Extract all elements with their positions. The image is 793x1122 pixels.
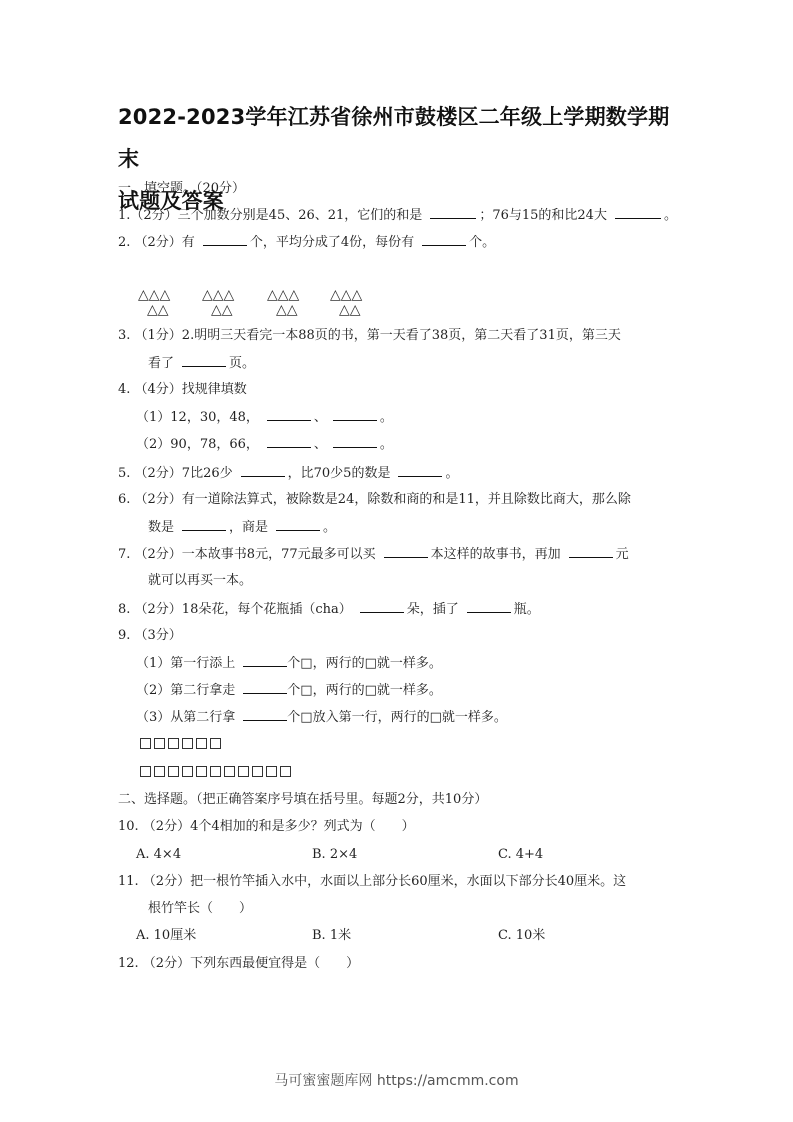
triangle-group: △△△ △△ [202, 288, 252, 320]
square-row-2 [140, 766, 293, 777]
question-6: 6. （2分）有一道除法算式，被除数是24，除数和商的和是11，并且除数比商大，… [118, 491, 631, 509]
triangle-icon-row: △△△ [202, 288, 234, 302]
question-9: 9. （3分） [118, 627, 182, 645]
square-icon [280, 766, 291, 777]
question-10-choices: A. 4×4 B. 2×4 C. 4+4 [136, 846, 676, 864]
question-11-cont: 根竹竿长（ ） [148, 900, 252, 918]
answer-blank[interactable] [243, 654, 287, 667]
question-11: 11. （2分）把一根竹竿插入水中，水面以上部分长60厘米，水面以下部分长40厘… [118, 873, 626, 891]
answer-blank[interactable] [267, 435, 311, 448]
document-title: 2022-2023学年江苏省徐州市鼓楼区二年级上学期数学期末 试题及答案 [118, 96, 688, 222]
question-7: 7. （2分）一本故事书8元，77元最多可以买本这样的故事书，再加元 [118, 545, 629, 564]
q6-text-b: 数是 [148, 520, 174, 535]
square-icon [182, 738, 193, 749]
answer-blank[interactable] [243, 708, 287, 721]
q1-text-b: ；76与15的和比24大 [479, 208, 607, 223]
q7-text-b: 本这样的故事书，再加 [431, 547, 561, 562]
answer-blank[interactable] [384, 545, 428, 558]
separator: 、 [314, 437, 327, 452]
q5-text-a: 5. （2分）7比26少 [118, 466, 233, 481]
question-3-cont: 看了页。 [148, 354, 255, 373]
period: 。 [380, 410, 393, 425]
q2-text-a: 2. （2分）有 [118, 235, 195, 250]
square-icon [168, 766, 179, 777]
question-5: 5. （2分）7比26少，比70少5的数是。 [118, 464, 458, 483]
question-3: 3. （1分）2.明明三天看完一本88页的书，第一天看了38页，第二天看了31页… [118, 327, 621, 345]
answer-blank[interactable] [360, 600, 404, 613]
answer-blank[interactable] [569, 545, 613, 558]
square-icon [182, 766, 193, 777]
choice-a[interactable]: A. 10厘米 [136, 927, 196, 945]
answer-blank[interactable] [243, 681, 287, 694]
q3-text-b: 看了 [148, 356, 174, 371]
answer-blank[interactable] [182, 354, 226, 367]
triangle-icon-row: △△ [276, 303, 298, 317]
triangle-group: △△△ △△ [330, 288, 380, 320]
question-9-sub-3: （3）从第二行拿个□放入第一行，两行的□就一样多。 [136, 708, 507, 727]
square-icon [252, 766, 263, 777]
question-4: 4. （4分）找规律填数 [118, 381, 247, 399]
square-icon [196, 766, 207, 777]
q9-sub3-text-a: （3）从第二行拿 [136, 710, 235, 725]
answer-blank[interactable] [398, 464, 442, 477]
answer-blank[interactable] [241, 464, 285, 477]
answer-blank[interactable] [430, 206, 476, 219]
choice-a[interactable]: A. 4×4 [136, 846, 181, 864]
question-4-sub-2: （2）90，78，66，、。 [136, 435, 393, 454]
square-icon [210, 738, 221, 749]
triangle-icon-row: △△ [211, 303, 233, 317]
triangle-group: △△△ △△ [267, 288, 317, 320]
question-9-sub-2: （2）第二行拿走个□，两行的□就一样多。 [136, 681, 442, 700]
q8-text-a: 8. （2分）18朵花，每个花瓶插（cha） [118, 602, 352, 617]
answer-blank[interactable] [333, 408, 377, 421]
question-4-sub-1: （1）12，30，48，、。 [136, 408, 393, 427]
square-icon [266, 766, 277, 777]
square-icon [238, 766, 249, 777]
q2-text-b: 个，平均分成了4份，每份有 [250, 235, 414, 250]
answer-blank[interactable] [203, 233, 247, 246]
question-1: 1.（2分）三个加数分别是45、26、21，它们的和是；76与15的和比24大。 [118, 206, 677, 225]
square-icon [154, 766, 165, 777]
square-icon [140, 766, 151, 777]
q5-text-c: 。 [445, 466, 458, 481]
choice-c[interactable]: C. 4+4 [498, 846, 543, 864]
triangle-icon-row: △△ [147, 303, 169, 317]
q1-text-c: 。 [664, 208, 677, 223]
q6-text-c: ，商是 [229, 520, 268, 535]
question-11-choices: A. 10厘米 B. 1米 C. 10米 [136, 927, 676, 945]
q1-text-a: 1.（2分）三个加数分别是45、26、21，它们的和是 [118, 208, 422, 223]
triangle-icon-row: △△△ [267, 288, 299, 302]
q6-text-d: 。 [323, 520, 336, 535]
q9-sub1-text-a: （1）第一行添上 [136, 656, 235, 671]
triangle-icon-row: △△△ [330, 288, 362, 302]
q7-text-a: 7. （2分）一本故事书8元，77元最多可以买 [118, 547, 376, 562]
answer-blank[interactable] [422, 233, 466, 246]
answer-blank[interactable] [276, 518, 320, 531]
square-icon [140, 738, 151, 749]
question-9-sub-1: （1）第一行添上个□，两行的□就一样多。 [136, 654, 442, 673]
square-icon [196, 738, 207, 749]
square-icon [154, 738, 165, 749]
q9-sub3-text-b: 个□放入第一行，两行的□就一样多。 [287, 710, 507, 725]
question-10: 10. （2分）4个4相加的和是多少？列式为（ ） [118, 818, 415, 836]
square-icon [224, 766, 235, 777]
q7-text-c: 元 [616, 547, 629, 562]
period: 。 [380, 437, 393, 452]
square-icon [210, 766, 221, 777]
triangle-icon-row: △△△ [138, 288, 170, 302]
square-icon [168, 738, 179, 749]
watermark-footer: 马可蜜蜜题库网 https://amcmm.com [0, 1070, 793, 1090]
q3-text-c: 页。 [229, 356, 255, 371]
triangle-group: △△△ △△ [138, 288, 188, 320]
q4-sub1-text: （1）12，30，48， [136, 410, 259, 425]
question-8: 8. （2分）18朵花，每个花瓶插（cha）朵，插了瓶。 [118, 600, 540, 619]
answer-blank[interactable] [467, 600, 511, 613]
choice-b[interactable]: B. 2×4 [312, 846, 357, 864]
choice-c[interactable]: C. 10米 [498, 927, 545, 945]
question-12: 12. （2分）下列东西最便宜得是（ ） [118, 955, 359, 973]
question-7-cont: 就可以再买一本。 [148, 572, 252, 590]
q9-sub1-text-b: 个□，两行的□就一样多。 [287, 656, 442, 671]
q4-sub2-text: （2）90，78，66， [136, 437, 259, 452]
q9-sub2-text-a: （2）第二行拿走 [136, 683, 235, 698]
q2-text-c: 个。 [469, 235, 495, 250]
q5-text-b: ，比70少5的数是 [288, 466, 391, 481]
section-2-heading: 二、选择题。（把正确答案序号填在括号里。每题2分，共10分） [118, 791, 487, 809]
q9-sub2-text-b: 个□，两行的□就一样多。 [287, 683, 442, 698]
answer-blank[interactable] [182, 518, 226, 531]
q8-text-b: 朵，插了 [407, 602, 459, 617]
title-line-1: 2022-2023学年江苏省徐州市鼓楼区二年级上学期数学期末 [118, 96, 688, 180]
square-row-1 [140, 738, 223, 749]
answer-blank[interactable] [333, 435, 377, 448]
question-6-cont: 数是，商是。 [148, 518, 336, 537]
question-2: 2. （2分）有个，平均分成了4份，每份有个。 [118, 233, 495, 252]
section-1-heading: 一、填空题。（20分） [118, 180, 245, 198]
choice-b[interactable]: B. 1米 [312, 927, 351, 945]
answer-blank[interactable] [267, 408, 311, 421]
separator: 、 [314, 410, 327, 425]
triangle-icon-row: △△ [339, 303, 361, 317]
answer-blank[interactable] [615, 206, 661, 219]
q8-text-c: 瓶。 [514, 602, 540, 617]
